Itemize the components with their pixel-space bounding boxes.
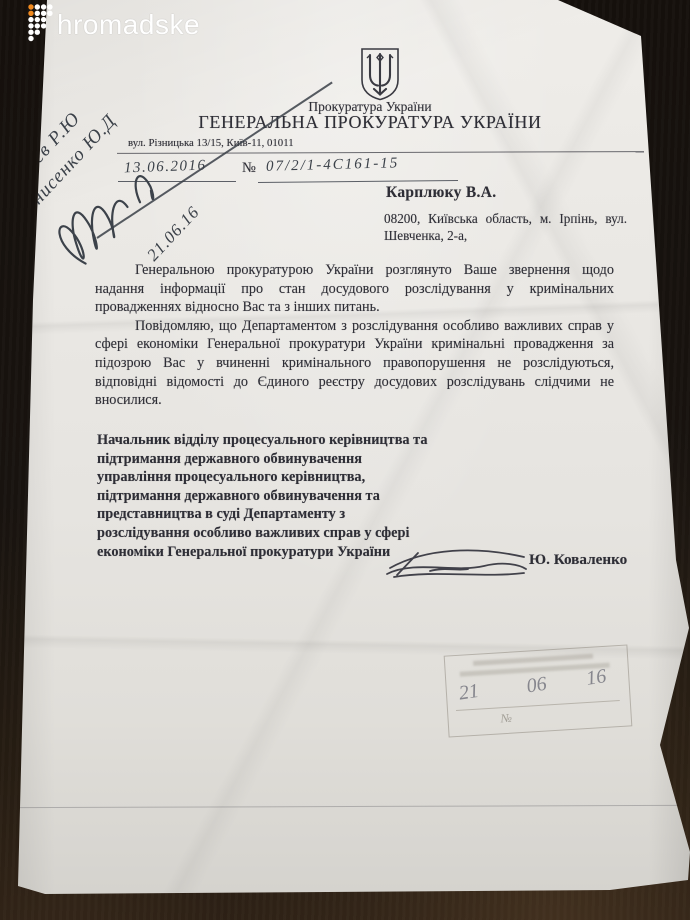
signoff-title: Начальник відділу процесуального керівни…	[97, 431, 430, 561]
stamp-date-month: 06	[525, 673, 548, 699]
logo-dot-grid	[28, 4, 52, 41]
photo-scene: Прокуратура України ГЕНЕРАЛЬНА ПРОКУРАТУ…	[0, 0, 690, 920]
hromadske-dots-icon	[28, 4, 55, 46]
received-stamp: № 21 06 16	[444, 644, 633, 737]
stamp-date-year: 16	[585, 665, 608, 691]
body-paragraph-2: Повідомляю, що Департаментом з розслідув…	[95, 317, 614, 410]
signer-name: Ю. Коваленко	[529, 551, 627, 569]
pencil-line	[15, 805, 681, 808]
recipient-address: 08200, Київська область, м. Ірпінь, вул.…	[384, 210, 627, 244]
signature-scribble	[384, 540, 536, 584]
stamp-date-day: 21	[457, 680, 480, 706]
document-paper: Прокуратура України ГЕНЕРАЛЬНА ПРОКУРАТУ…	[0, 0, 690, 920]
stamp-number-sign: №	[500, 711, 512, 727]
hromadske-wordmark: hromadske	[57, 9, 200, 41]
coat-of-arms-icon	[357, 47, 403, 101]
hromadske-logo: hromadske	[28, 4, 258, 56]
recipient-name: Карплюку В.А.	[386, 184, 496, 202]
